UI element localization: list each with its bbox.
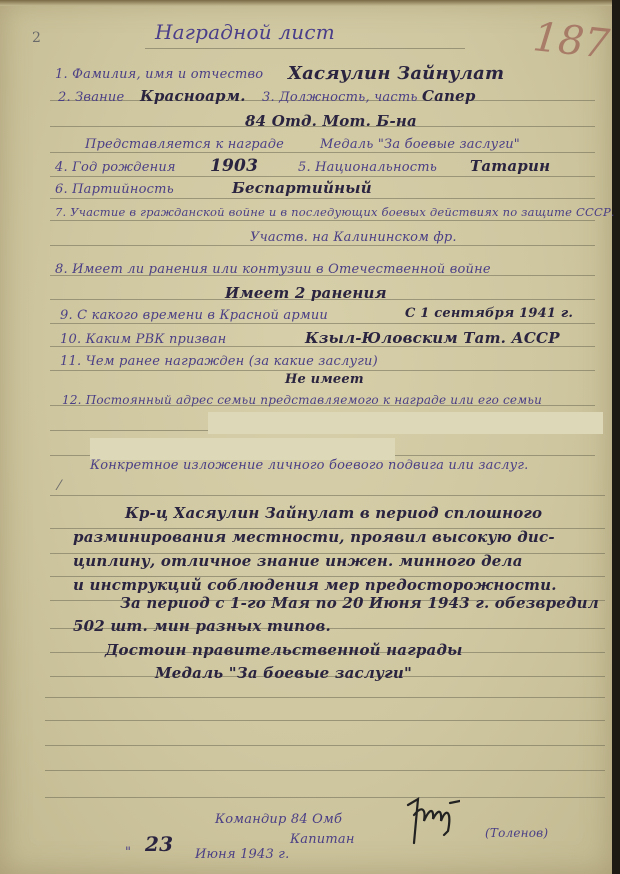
ruled-line bbox=[50, 245, 595, 246]
ruled-line bbox=[45, 697, 605, 698]
narrative-line: 502 шт. мин разных типов. bbox=[73, 617, 331, 635]
field-value-conscripted: Кзыл-Юловским Тат. АССР bbox=[305, 329, 560, 347]
narrative-line: и инструкций соблюдения мер предосторожн… bbox=[73, 576, 557, 594]
ruled-line bbox=[45, 797, 605, 798]
field-value-nominated: Медаль "За боевые заслуги" bbox=[320, 137, 520, 152]
field-label-position: 3. Должность, часть bbox=[262, 90, 418, 105]
narrative-heading: Конкретное изложение личного боевого под… bbox=[90, 458, 528, 473]
award-sheet-page bbox=[0, 0, 612, 874]
field-value-unit: 84 Отд. Мот. Б-на bbox=[245, 112, 417, 130]
commander-rank: Капитан bbox=[290, 832, 355, 847]
page-top-edge bbox=[0, 0, 620, 6]
field-label-wounds: 8. Имеет ли ранения или контузии в Отече… bbox=[55, 262, 491, 277]
field-value-birth-year: 1903 bbox=[210, 156, 258, 176]
signature-icon bbox=[400, 795, 460, 847]
corner-mark: 2 bbox=[32, 30, 41, 46]
field-value-name: Хасяулин Зайнулат bbox=[288, 63, 504, 84]
date-quote: " bbox=[125, 845, 131, 860]
narrative-line: Кр-ц Хасяулин Зайнулат в период сплошног… bbox=[125, 504, 542, 522]
redacted-address bbox=[208, 412, 603, 434]
field-label-nationality: 5. Национальность bbox=[298, 160, 437, 175]
recommendation-award: Медаль "За боевые заслуги" bbox=[155, 664, 412, 682]
field-label-prior-awards: 11. Чем ранее награжден (за какие заслуг… bbox=[60, 354, 378, 369]
narrative-line: циплину, отличное знание инжен. минного … bbox=[73, 552, 523, 570]
field-value-rank: Красноарм. bbox=[140, 87, 246, 105]
narrative-line: За период с 1-го Мая по 20 Июня 1943 г. … bbox=[120, 594, 599, 612]
commander-name: (Толенов) bbox=[485, 826, 548, 840]
field-label-civil-war: 7. Участие в гражданской войне и в после… bbox=[55, 205, 615, 219]
ruled-line bbox=[50, 220, 595, 221]
field-value-wounds: Имеет 2 ранения bbox=[225, 284, 387, 302]
field-value-nationality: Татарин bbox=[470, 157, 550, 175]
field-value-position: Сапер bbox=[422, 87, 476, 105]
field-label-birth-year: 4. Год рождения bbox=[55, 160, 176, 175]
field-value-service-start: С 1 сентября 1941 г. bbox=[405, 306, 573, 321]
ruled-line bbox=[50, 176, 595, 177]
field-label-family-address: 12. Постоянный адрес семьи представляемо… bbox=[62, 393, 542, 407]
field-label-conscripted: 10. Каким РВК призван bbox=[60, 332, 226, 347]
commander-title: Командир 84 Омб bbox=[215, 812, 342, 827]
date-day: 23 bbox=[145, 832, 173, 856]
field-value-civil-war: Участв. на Калининском фр. bbox=[250, 230, 457, 245]
recommendation-line: Достоин правительственной награды bbox=[105, 641, 463, 659]
page-title: Наградной лист bbox=[155, 20, 335, 44]
redacted-address-line2 bbox=[90, 438, 395, 460]
ruled-line bbox=[50, 152, 595, 153]
field-label-nominated: Представляется к награде bbox=[85, 137, 284, 152]
archive-number: 187 bbox=[531, 14, 612, 68]
field-label-rank: 2. Звание bbox=[58, 90, 124, 105]
ruled-line bbox=[145, 48, 465, 49]
field-label-party: 6. Партийность bbox=[55, 182, 174, 197]
page-right-edge bbox=[612, 0, 620, 874]
ruled-line bbox=[50, 198, 595, 199]
field-value-prior-awards: Не имеет bbox=[285, 372, 364, 387]
ruled-line bbox=[45, 745, 605, 746]
field-label-service-start: 9. С какого времени в Красной армии bbox=[60, 308, 328, 323]
ruled-line bbox=[45, 770, 605, 771]
ruled-line bbox=[50, 495, 605, 496]
narrative-line: разминирования местности, проявил высоку… bbox=[73, 528, 555, 546]
ruled-line bbox=[50, 323, 595, 324]
ruled-line bbox=[50, 370, 595, 371]
date-month-year: Июня 1943 г. bbox=[195, 847, 289, 862]
field-label-name: 1. Фамилия, имя и отчество bbox=[55, 67, 263, 82]
field-value-party: Беспартийный bbox=[232, 179, 372, 197]
margin-mark: ⁄ bbox=[58, 478, 60, 494]
ruled-line bbox=[45, 720, 605, 721]
